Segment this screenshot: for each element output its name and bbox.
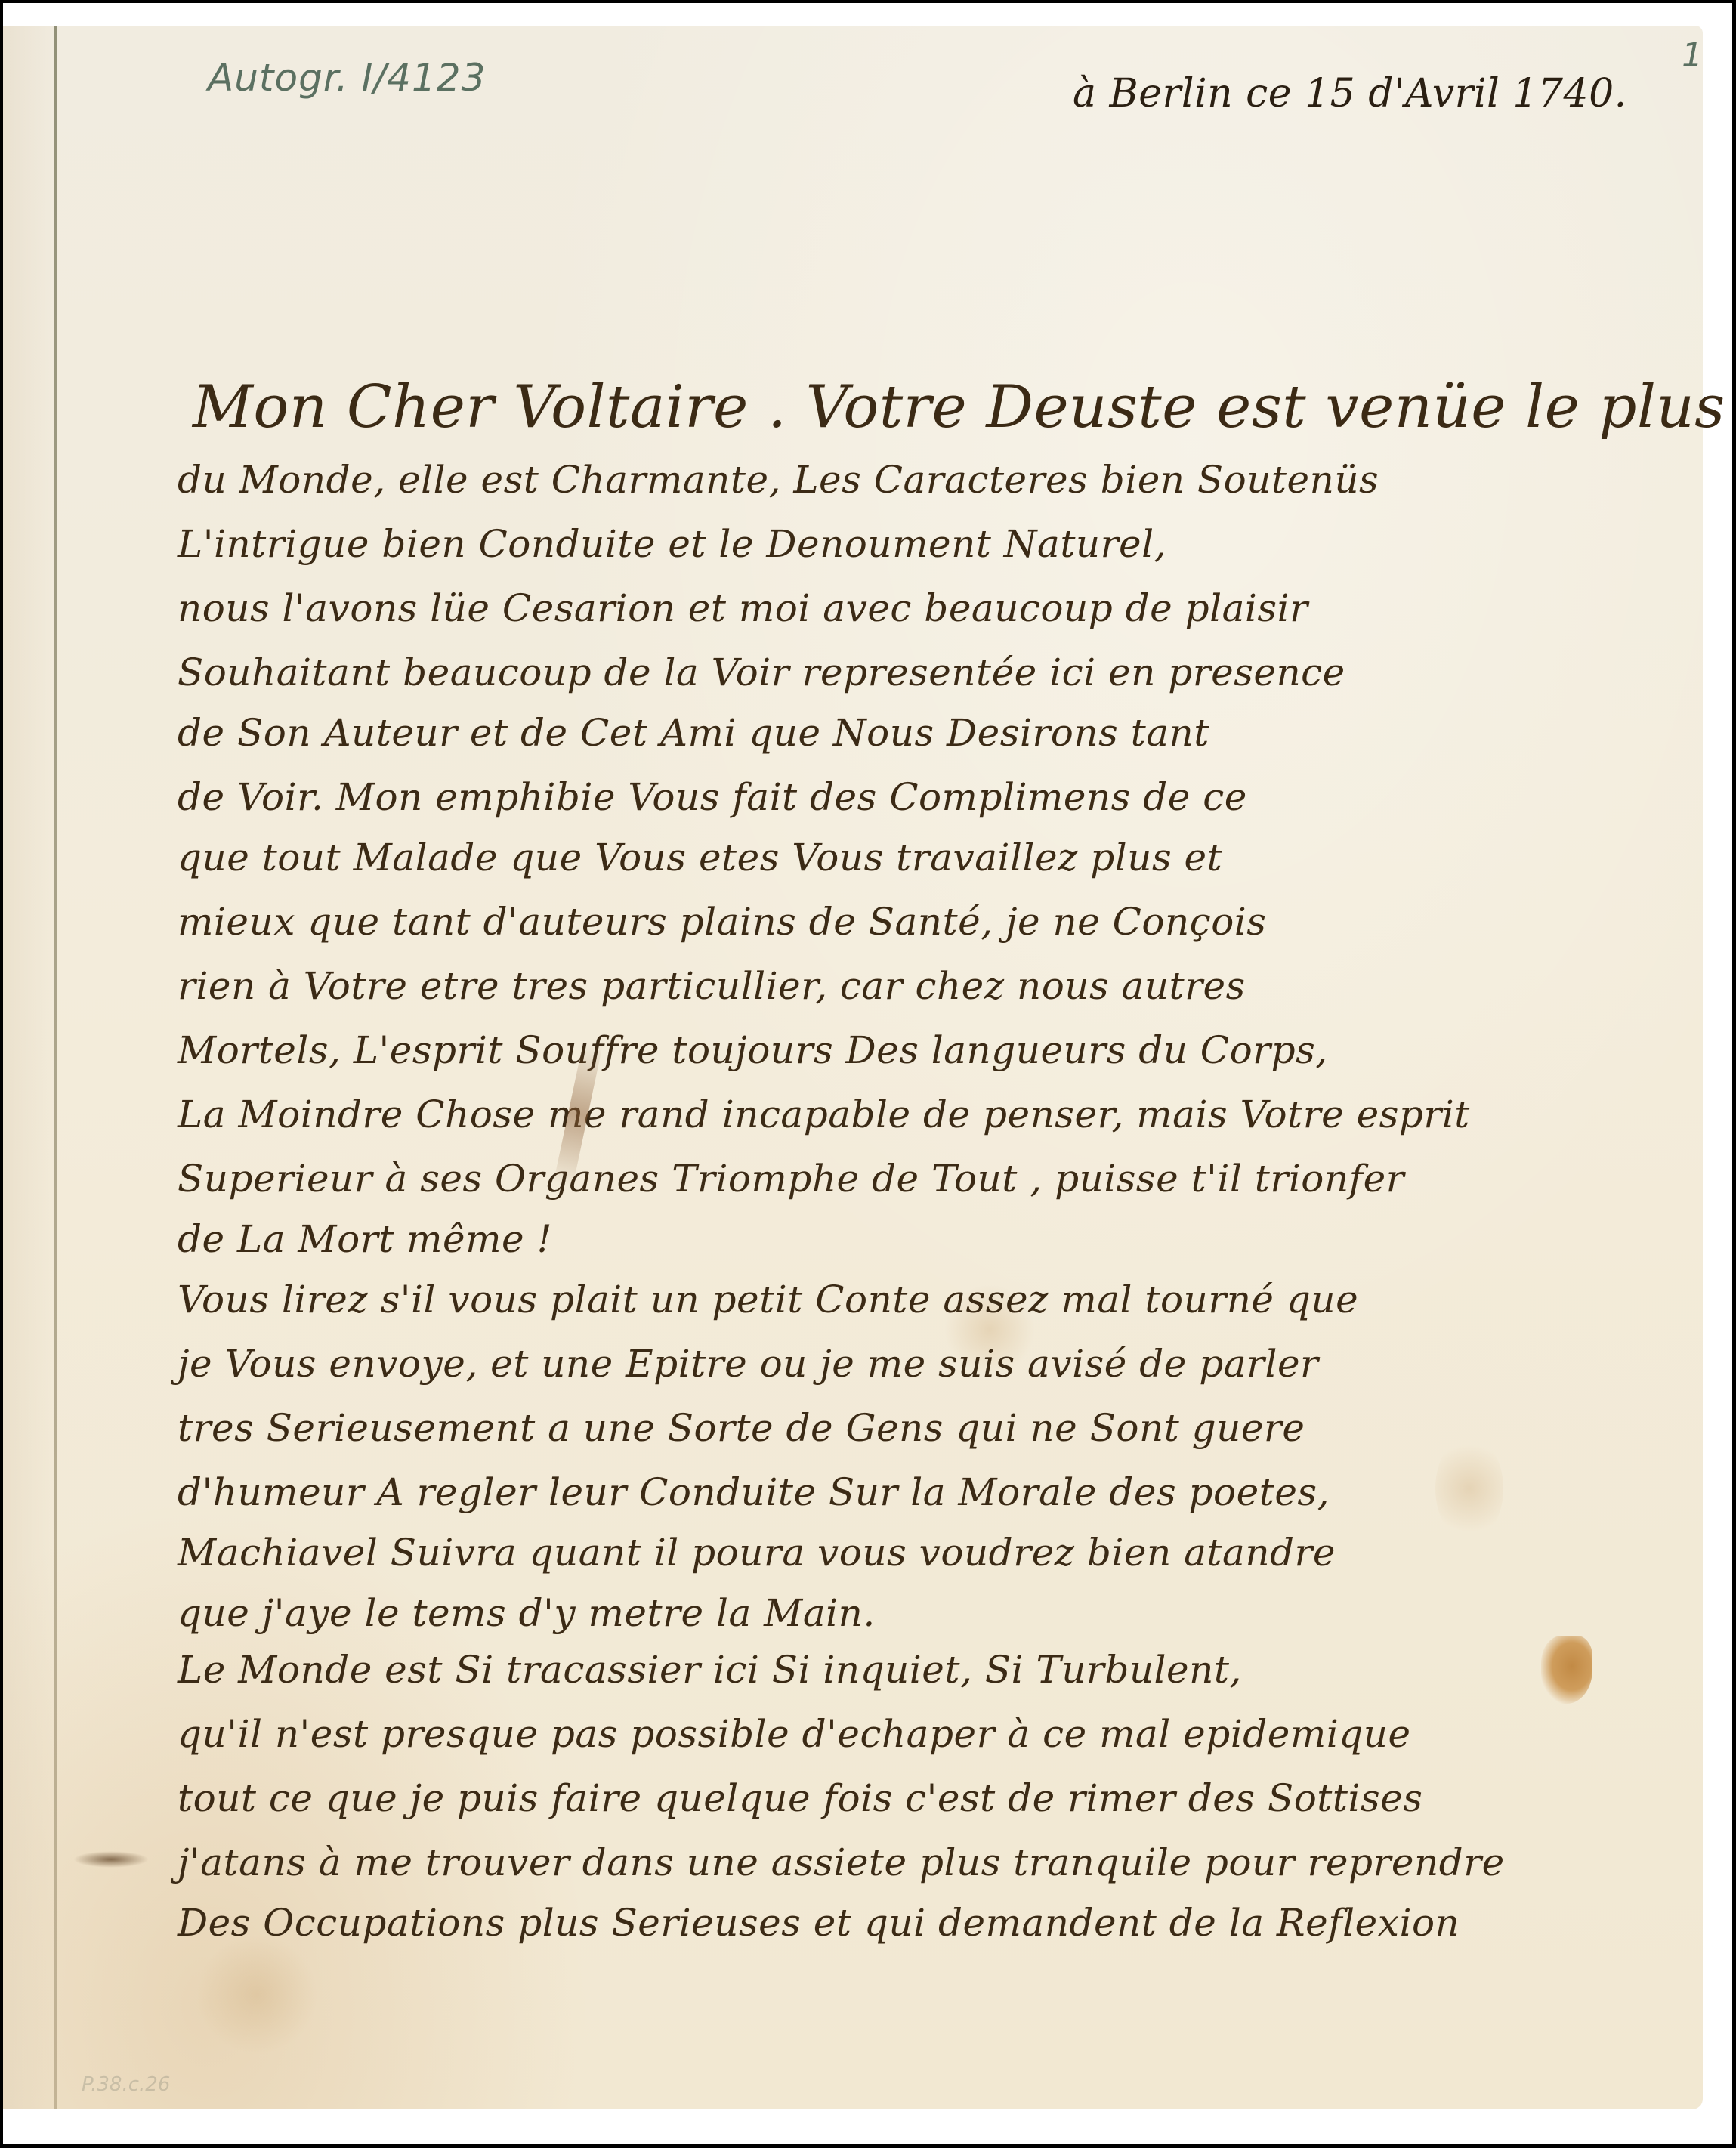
letter-line: je Vous envoye, et une Epitre ou je me s… <box>178 1345 1318 1383</box>
fold-line <box>54 26 57 2109</box>
letter-line: Vous lirez s'il vous plait un petit Cont… <box>178 1281 1358 1318</box>
letter-line: de La Mort même ! <box>178 1220 552 1258</box>
ink-smudge <box>73 1851 149 1868</box>
letter-line-salutation: Mon Cher Voltaire . Votre Deuste est ven… <box>193 378 1736 437</box>
letter-line: que tout Malade que Vous etes Vous trava… <box>178 839 1222 876</box>
image-border-top <box>0 0 1736 3</box>
letter-line: j'atans à me trouver dans une assiete pl… <box>178 1844 1505 1881</box>
inventory-mark: P.38.c.26 <box>82 2073 170 2096</box>
letter-line: La Moindre Chose me rand incapable de pe… <box>178 1096 1470 1133</box>
letter-line: du Monde, elle est Charmante, Les Caract… <box>178 461 1379 499</box>
foxing-spot <box>1435 1436 1503 1541</box>
letter-line: de Voir. Mon emphibie Vous fait des Comp… <box>178 778 1247 816</box>
letter-line: tres Serieusement a une Sorte de Gens qu… <box>178 1409 1305 1447</box>
letter-line: Le Monde est Si tracassier ici Si inquie… <box>178 1651 1242 1689</box>
letter-line: Machiavel Suivra quant il poura vous vou… <box>178 1534 1336 1572</box>
letter-line: qu'il n'est presque pas possible d'echap… <box>178 1715 1411 1753</box>
letter-line: tout ce que je puis faire quelque fois c… <box>178 1779 1422 1817</box>
letter-line: nous l'avons lüe Cesarion et moi avec be… <box>178 589 1308 627</box>
letter-line: rien à Votre etre tres particullier, car… <box>178 967 1246 1005</box>
image-border-right <box>1732 0 1736 2148</box>
letter-line: Superieur à ses Organes Triomphe de Tout… <box>178 1160 1404 1198</box>
binding-margin <box>3 26 56 2109</box>
paper-stain <box>1541 1636 1592 1704</box>
letter-line: L'intrigue bien Conduite et le Denoument… <box>178 525 1166 563</box>
folio-number: 1 <box>1682 36 1703 75</box>
letter-line: Mortels, L'esprit Souffre toujours Des l… <box>178 1031 1328 1069</box>
letter-line: Souhaitant beaucoup de la Voir represent… <box>178 654 1345 691</box>
foxing-spot <box>196 1934 317 2055</box>
letter-line: d'humeur A regler leur Conduite Sur la M… <box>178 1473 1330 1511</box>
letter-line: que j'aye le tems d'y metre la Main. <box>178 1594 876 1632</box>
dateline: à Berlin ce 15 d'Avril 1740. <box>1073 74 1627 113</box>
image-border-bottom <box>0 2144 1736 2148</box>
letter-line: mieux que tant d'auteurs plains de Santé… <box>178 903 1266 941</box>
letter-line: de Son Auteur et de Cet Ami que Nous Des… <box>178 714 1209 752</box>
shelfmark-label: Autogr. I/4123 <box>208 56 486 100</box>
letter-line: Des Occupations plus Serieuses et qui de… <box>178 1904 1460 1942</box>
